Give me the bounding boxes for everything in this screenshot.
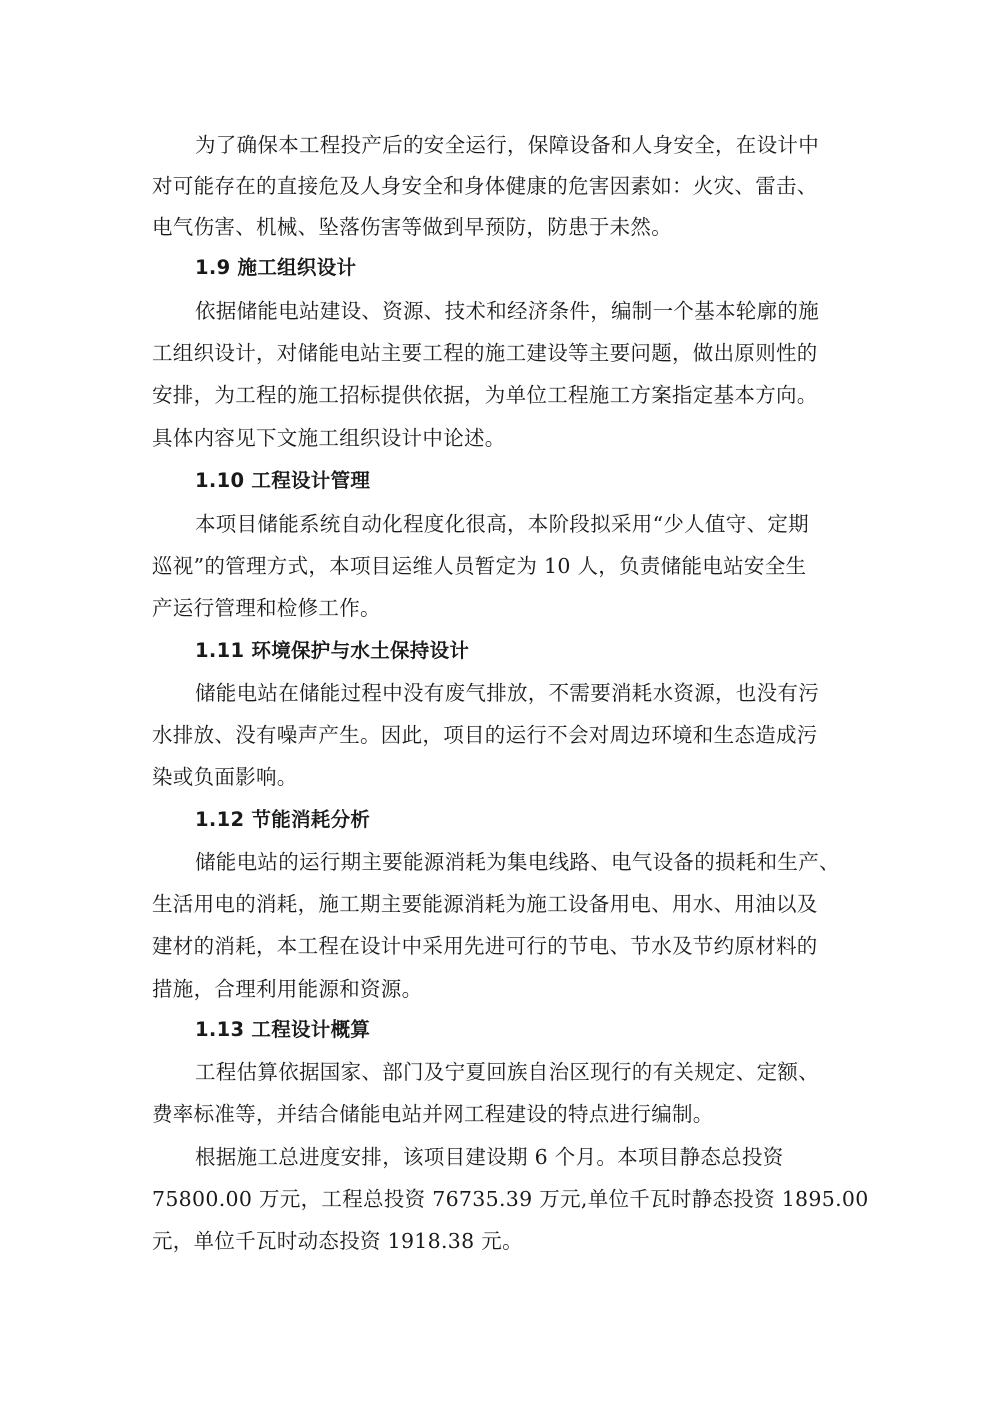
- section-heading-1-13: 1.13 工程设计概算: [195, 1016, 895, 1044]
- paragraph-line: 本项目储能系统自动化程度化很高，本阶段拟采用“少人值守、定期: [195, 510, 895, 538]
- paragraph-line: 储能电站在储能过程中没有废气排放，不需要消耗水资源，也没有污: [195, 679, 895, 707]
- paragraph-line: 生活用电的消耗，施工期主要能源消耗为施工设备用电、用水、用油以及: [152, 890, 852, 918]
- section-heading-1-12: 1.12 节能消耗分析: [195, 806, 895, 834]
- section-heading-1-10: 1.10 工程设计管理: [195, 467, 895, 495]
- paragraph-line: 建材的消耗，本工程在设计中采用先进可行的节电、节水及节约原材料的: [152, 932, 852, 960]
- paragraph-line: 具体内容见下文施工组织设计中论述。: [152, 424, 852, 452]
- document-page: 为了确保本工程投产后的安全运行，保障设备和人身安全，在设计中 对可能存在的直接危…: [0, 0, 1000, 1411]
- paragraph-line: 储能电站的运行期主要能源消耗为集电线路、电气设备的损耗和生产、: [195, 848, 895, 876]
- paragraph-line: 安排，为工程的施工招标提供依据，为单位工程施工方案指定基本方向。: [152, 381, 852, 409]
- paragraph-line: 根据施工总进度安排，该项目建设期 6 个月。本项目静态总投资: [195, 1143, 895, 1171]
- section-heading-1-11: 1.11 环境保护与水土保持设计: [195, 637, 895, 665]
- paragraph-line: 工组织设计，对储能电站主要工程的施工建设等主要问题，做出原则性的: [152, 339, 852, 367]
- paragraph-line: 75800.00 万元，工程总投资 76735.39 万元,单位千瓦时静态投资 …: [152, 1185, 852, 1213]
- paragraph-line: 产运行管理和检修工作。: [152, 594, 852, 622]
- paragraph-line: 染或负面影响。: [152, 763, 852, 791]
- paragraph-line: 工程估算依据国家、部门及宁夏回族自治区现行的有关规定、定额、: [195, 1058, 895, 1086]
- paragraph-line: 费率标准等，并结合储能电站并网工程建设的特点进行编制。: [152, 1100, 852, 1128]
- paragraph-line: 元，单位千瓦时动态投资 1918.38 元。: [152, 1227, 852, 1255]
- paragraph-line: 为了确保本工程投产后的安全运行，保障设备和人身安全，在设计中: [195, 131, 895, 159]
- paragraph-line: 水排放、没有噪声产生。因此，项目的运行不会对周边环境和生态造成污: [152, 721, 852, 749]
- section-heading-1-9: 1.9 施工组织设计: [195, 254, 895, 282]
- paragraph-line: 巡视”的管理方式，本项目运维人员暂定为 10 人，负责储能电站安全生: [152, 552, 852, 580]
- paragraph-line: 电气伤害、机械、坠落伤害等做到早预防，防患于未然。: [152, 213, 852, 241]
- paragraph-line: 措施，合理利用能源和资源。: [152, 975, 852, 1003]
- paragraph-line: 对可能存在的直接危及人身安全和身体健康的危害因素如：火灾、雷击、: [152, 172, 852, 200]
- paragraph-line: 依据储能电站建设、资源、技术和经济条件，编制一个基本轮廓的施: [195, 297, 895, 325]
